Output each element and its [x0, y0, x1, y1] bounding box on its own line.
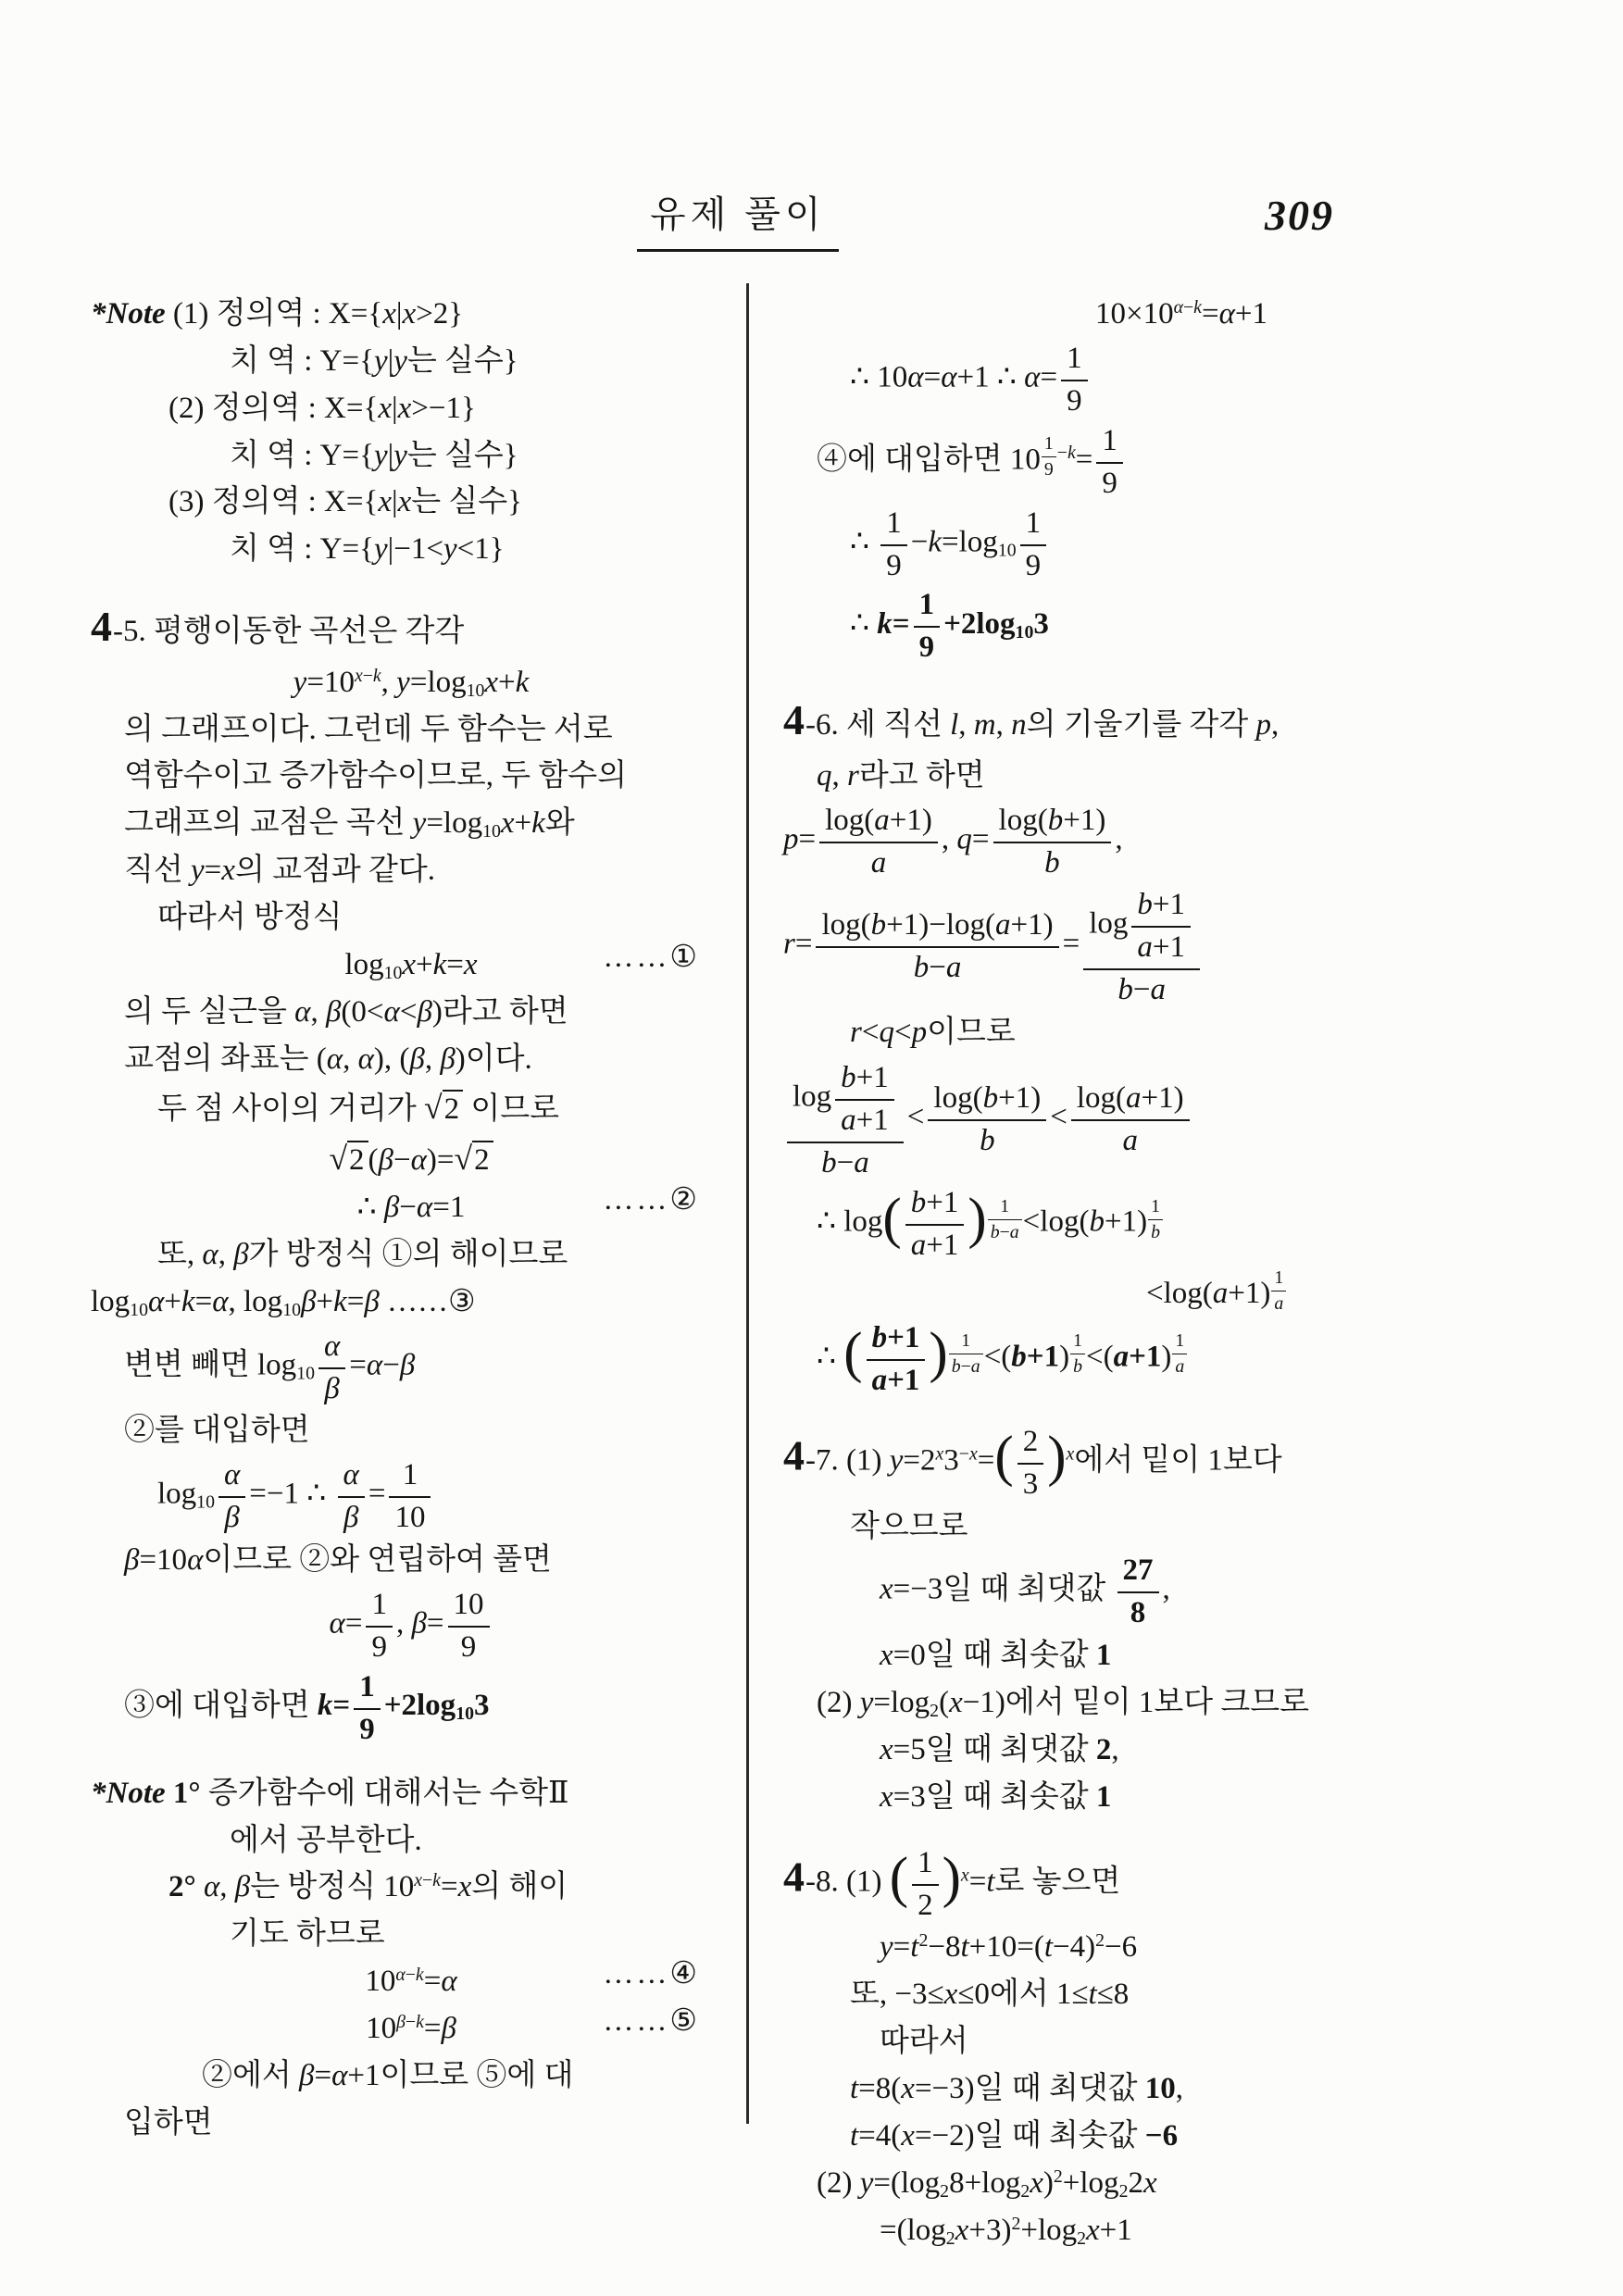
text-line: (3) 정의역 : X={x|x는 실수}	[169, 480, 731, 525]
text-line: 의 두 실근을 α, β(0<α<β)라고 하면	[124, 991, 731, 1035]
text-line: 4-8. (1) (12)x=t로 놓으면	[783, 1844, 1579, 1924]
text-line: =(log2x+3)2+log2x+1	[880, 2209, 1579, 2253]
square-root: √2	[424, 1084, 463, 1132]
text-line: x=5일 때 최댓값 2,	[880, 1728, 1579, 1773]
text-line: 변변 빼면 log10αβ=α−β	[124, 1328, 731, 1407]
text-line: ②에서 β=α+1이므로 ⑤에 대	[202, 2054, 731, 2099]
text-line: x=−3일 때 최댓값 278,	[880, 1552, 1579, 1631]
text-line: 4-6. 세 직선 l, m, n의 기울기를 각각 p,	[783, 690, 1579, 752]
page-number: 309	[1265, 191, 1334, 240]
text-line: (2) y=log2(x−1)에서 밑이 1보다 크므로	[817, 1681, 1579, 1726]
text-line: x=0일 때 최솟값 1	[880, 1634, 1579, 1678]
text-line: ∴ k=19+2log103	[850, 586, 1579, 666]
text-line: 또, −3≤x≤0에서 1≤t≤8	[850, 1973, 1579, 2017]
text-line: 기도 하므로	[230, 1913, 731, 1957]
text-line: ∴ (b+1a+1)1b−a<(b+1)1b<(a+1)1a	[817, 1319, 1579, 1399]
right-column: 10×10α−k=α+1∴ 10α=α+1 ∴ α=19④에 대입하면 1019…	[783, 293, 1579, 2255]
text-line: y=t2−8t+10=(t−4)2−6	[880, 1926, 1579, 1970]
text-line: r=log(b+1)−log(a+1)b−a=logb+1a+1b−a	[783, 884, 1579, 1008]
text-line: 의 그래프이다. 그런데 두 함수는 서로	[124, 708, 731, 753]
text-line: 4-5. 평행이동한 곡선은 각각	[91, 596, 731, 658]
book-page: 유제 풀이 309 *Note (1) 정의역 : X={x|x>2}치 역 :…	[0, 0, 1623, 2296]
text-line: 2° α, β는 방정식 10x−k=x의 해이	[169, 1865, 731, 1910]
text-line: log10α+k=α, log10β+k=β ……③	[91, 1280, 731, 1325]
text-line: logb+1a+1b−a<log(b+1)b<log(a+1)a	[783, 1057, 1579, 1181]
square-root: √2	[329, 1135, 368, 1183]
text-line: ③에 대입하면 k=19+2log103	[124, 1668, 731, 1748]
text-line: log10αβ=−1 ∴ αβ=110	[157, 1456, 731, 1536]
equation-ref: ……⑤	[603, 2000, 700, 2044]
text-line: β=10α이므로 ②와 연립하여 풀면	[124, 1539, 731, 1583]
text-line: 따라서	[880, 2020, 1579, 2065]
text-line: 10β−k=β……⑤	[91, 2007, 731, 2052]
text-line: r<q<p이므로	[850, 1011, 1579, 1055]
text-line: 에서 공부한다.	[230, 1819, 731, 1864]
left-column: *Note (1) 정의역 : X={x|x>2}치 역 : Y={y|y는 실…	[91, 293, 731, 2149]
text-line: 또, α, β가 방정식 ①의 해이므로	[157, 1233, 731, 1278]
equation-ref: ……④	[603, 1953, 700, 1997]
text-line: 4-7. (1) y=2x3−x=(23)x에서 밑이 1보다	[783, 1423, 1579, 1503]
text-line: 역함수이고 증가함수이므로, 두 함수의	[124, 755, 731, 799]
text-line: t=8(x=−3)일 때 최댓값 10,	[850, 2067, 1579, 2112]
text-line: 치 역 : Y={y|y는 실수}	[230, 340, 731, 384]
text-line: 치 역 : Y={y|−1<y<1}	[230, 528, 731, 572]
text-line: ∴ β−α=1……②	[91, 1186, 731, 1230]
text-line: *Note (1) 정의역 : X={x|x>2}	[91, 293, 731, 337]
text-line: <log(a+1)1a	[1146, 1267, 1579, 1316]
text-line: 그래프의 교점은 곡선 y=log10x+k와	[124, 802, 731, 846]
text-line: 따라서 방정식	[157, 896, 731, 941]
text-line: 두 점 사이의 거리가 √2 이므로	[157, 1084, 731, 1132]
text-line: 10α−k=α……④	[91, 1960, 731, 2004]
text-line: √2(β−α)=√2	[91, 1135, 731, 1183]
text-line: 치 역 : Y={y|y는 실수}	[230, 434, 731, 479]
page-header-title: 유제 풀이	[637, 185, 839, 252]
text-line: α=19, β=109	[91, 1586, 731, 1666]
text-line: ∴ 10α=α+1 ∴ α=19	[850, 340, 1579, 419]
text-line: 입하면	[124, 2102, 731, 2146]
text-line: 10×10α−k=α+1	[783, 293, 1579, 337]
text-line: (2) 정의역 : X={x|x>−1}	[169, 387, 731, 431]
equation-ref: ……②	[603, 1179, 700, 1223]
text-line: q, r라고 하면	[817, 755, 1579, 799]
text-line: *Note 1° 증가함수에 대해서는 수학Ⅱ	[91, 1772, 731, 1816]
square-root: √2	[455, 1135, 493, 1183]
column-divider	[746, 283, 749, 2124]
text-line: 교점의 좌표는 (α, α), (β, β)이다.	[124, 1038, 731, 1082]
equation-ref: ……①	[603, 936, 700, 980]
text-line: ②를 대입하면	[124, 1409, 731, 1454]
text-line: 작으므로	[850, 1505, 1579, 1550]
text-line: ④에 대입하면 1019−k=19	[817, 422, 1579, 502]
text-line: p=log(a+1)a, q=log(b+1)b,	[783, 802, 1579, 881]
text-line: log10x+k=x……①	[91, 943, 731, 988]
text-line: (2) y=(log28+log2x)2+log22x	[817, 2162, 1579, 2206]
text-line: ∴ log(b+1a+1)1b−a<log(b+1)1b	[817, 1184, 1579, 1264]
text-line: y=10x−k, y=log10x+k	[91, 661, 731, 705]
text-line: t=4(x=−2)일 때 최솟값 −6	[850, 2115, 1579, 2159]
text-line: ∴ 19−k=log1019	[850, 505, 1579, 584]
text-line: 직선 y=x의 교점과 같다.	[124, 849, 731, 893]
text-line: x=3일 때 최솟값 1	[880, 1776, 1579, 1820]
